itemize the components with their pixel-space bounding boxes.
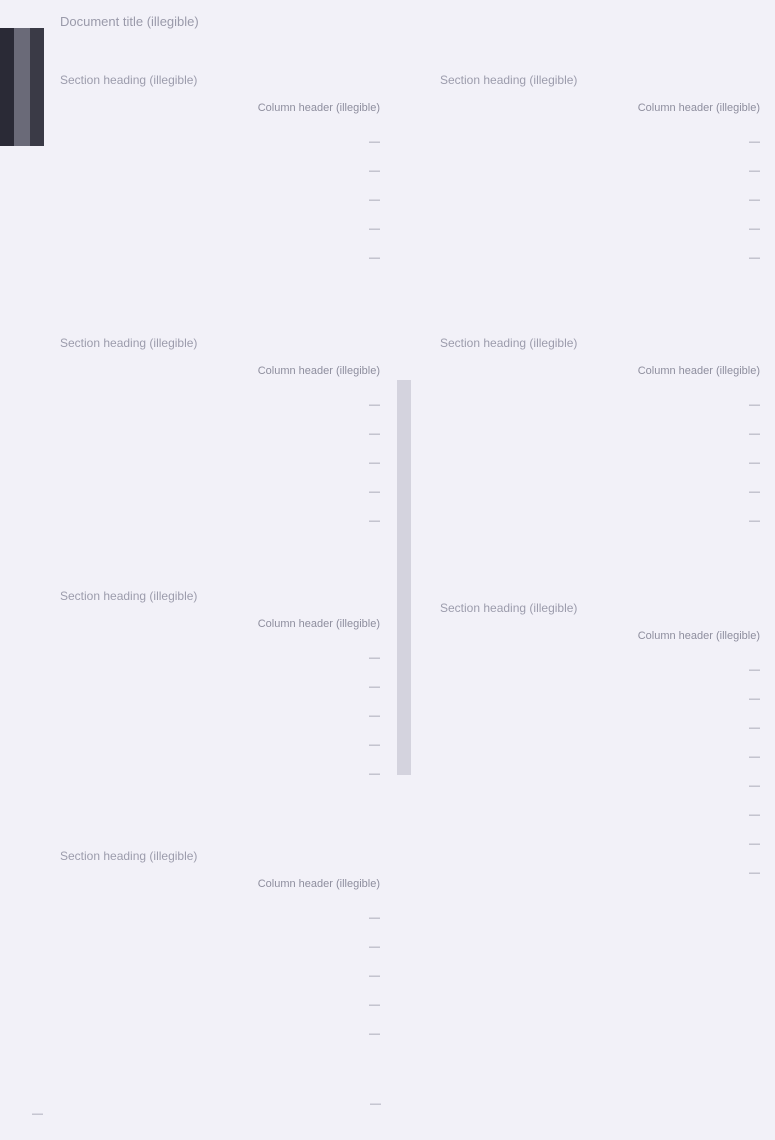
value-row: —: [440, 685, 760, 714]
section: Section heading (illegible)Column header…: [60, 848, 380, 1049]
section-heading: Section heading (illegible): [60, 848, 380, 864]
section-heading: Section heading (illegible): [440, 335, 760, 351]
footer-left: —: [32, 1108, 43, 1120]
value-row: —: [60, 449, 380, 478]
column-header: Column header (illegible): [60, 618, 380, 630]
value-row: —: [440, 215, 760, 244]
value-row: —: [60, 962, 380, 991]
value-row: —: [60, 644, 380, 673]
page-number: —: [370, 1098, 381, 1110]
value-row: —: [60, 1020, 380, 1049]
document-title: Document title (illegible): [60, 14, 199, 29]
value-row: —: [440, 128, 760, 157]
section-heading: Section heading (illegible): [60, 72, 380, 88]
value-row: —: [60, 760, 380, 789]
value-row: —: [440, 478, 760, 507]
value-row: —: [440, 830, 760, 859]
value-row: —: [440, 507, 760, 536]
value-row: —: [440, 157, 760, 186]
section: Section heading (illegible)Column header…: [60, 72, 380, 273]
value-row: —: [60, 128, 380, 157]
value-row: —: [440, 244, 760, 273]
column-header: Column header (illegible): [60, 878, 380, 890]
value-row: —: [440, 449, 760, 478]
value-row: —: [60, 157, 380, 186]
value-row: —: [60, 933, 380, 962]
value-row: —: [60, 391, 380, 420]
section: Section heading (illegible)Column header…: [440, 335, 760, 536]
section: Section heading (illegible)Column header…: [60, 588, 380, 789]
value-row: —: [60, 186, 380, 215]
value-row: —: [440, 420, 760, 449]
value-row: —: [60, 507, 380, 536]
section: Section heading (illegible)Column header…: [440, 72, 760, 273]
column-header: Column header (illegible): [60, 365, 380, 377]
value-row: —: [440, 801, 760, 830]
section-heading: Section heading (illegible): [440, 600, 760, 616]
value-row: —: [60, 702, 380, 731]
value-row: —: [440, 186, 760, 215]
value-row: —: [60, 904, 380, 933]
column-header: Column header (illegible): [440, 365, 760, 377]
corner-graphic: [0, 28, 44, 146]
section-heading: Section heading (illegible): [60, 588, 380, 604]
value-row: —: [440, 772, 760, 801]
value-row: —: [60, 673, 380, 702]
section-heading: Section heading (illegible): [440, 72, 760, 88]
column-header: Column header (illegible): [440, 102, 760, 114]
section: Section heading (illegible)Column header…: [60, 335, 380, 536]
value-row: —: [60, 244, 380, 273]
value-row: —: [60, 215, 380, 244]
column-header: Column header (illegible): [440, 630, 760, 642]
value-row: —: [440, 714, 760, 743]
vertical-divider: [397, 380, 411, 775]
column-header: Column header (illegible): [60, 102, 380, 114]
value-row: —: [440, 656, 760, 685]
value-row: —: [60, 731, 380, 760]
value-row: —: [60, 991, 380, 1020]
value-row: —: [440, 743, 760, 772]
value-row: —: [440, 859, 760, 888]
value-row: —: [60, 420, 380, 449]
section: Section heading (illegible)Column header…: [440, 600, 760, 888]
value-row: —: [440, 391, 760, 420]
value-row: —: [60, 478, 380, 507]
section-heading: Section heading (illegible): [60, 335, 380, 351]
